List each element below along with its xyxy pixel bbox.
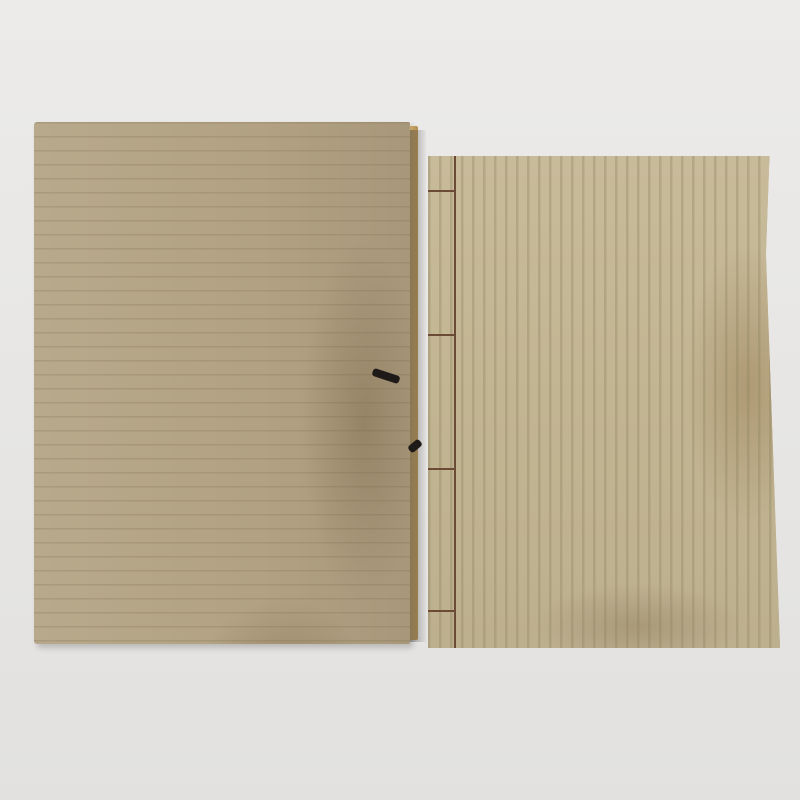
stab-bound-book xyxy=(428,156,780,648)
book-case xyxy=(34,122,410,644)
binding-stitch xyxy=(428,468,456,470)
binding-thread xyxy=(454,156,456,648)
binding-stitch xyxy=(428,190,456,192)
binding-stitch xyxy=(428,334,456,336)
case-shadow xyxy=(410,130,426,642)
binding-stitch xyxy=(428,610,456,612)
